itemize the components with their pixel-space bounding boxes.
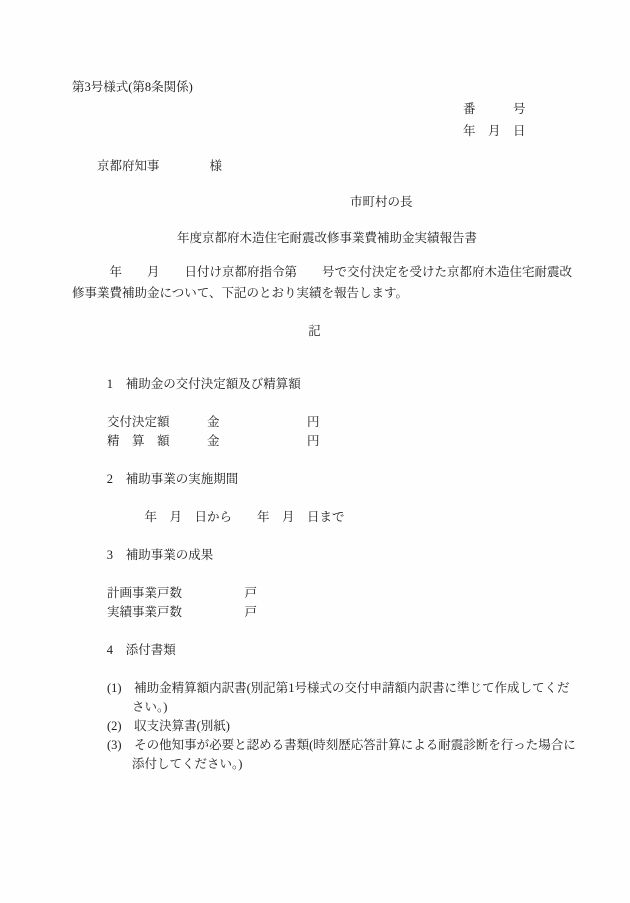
- settled-amount-line: 精 算 額 金 円: [72, 432, 590, 451]
- document-title: 年度京都府木造住宅耐震改修事業費補助金実績報告書: [72, 227, 557, 249]
- list-item-1-heading-text: 補助金の交付決定額及び精算額: [126, 377, 301, 391]
- document-page: 第3号様式(第8条関係) 番 号 年 月 日 京都府知事 様 市町村の長 年度京…: [0, 0, 630, 903]
- date-field: 年 月 日: [463, 120, 590, 142]
- list-item-4-number: 4: [107, 641, 126, 660]
- list-item-3-heading-text: 補助事業の成果: [126, 548, 214, 562]
- list-item-1-number: 1: [107, 375, 126, 394]
- section-marker: 記: [72, 320, 557, 342]
- list-item-4-heading-text: 添付書類: [126, 643, 176, 657]
- actual-households-line: 実績事業戸数 戸: [72, 603, 590, 622]
- numbered-list: 1補助金の交付決定額及び精算額 交付決定額 金 円 精 算 額 金 円 2補助事…: [72, 356, 590, 774]
- document-number-field: 番 号: [463, 98, 590, 120]
- list-item-2-heading: 2補助事業の実施期間: [72, 451, 590, 508]
- attachment-1-line-1: (1) 補助金精算額内訳書(別記第1号様式の交付申請額内訳書に準じて作成してくだ: [72, 679, 590, 698]
- body-line-1: 年 月 日付け京都府指令第 号で交付決定を受けた京都府木造住宅耐震改: [72, 262, 590, 283]
- form-number: 第3号様式(第8条関係): [72, 76, 590, 98]
- attachment-2-line: (2) 収支決算書(別紙): [72, 717, 590, 736]
- planned-households-line: 計画事業戸数 戸: [72, 584, 590, 603]
- addressee-line: 京都府知事 様: [72, 155, 590, 177]
- list-item-3-number: 3: [107, 546, 126, 565]
- sender-line: 市町村の長: [72, 191, 590, 213]
- list-item-2-number: 2: [107, 470, 126, 489]
- body-line-2: 修事業費補助金について、下記のとおり実績を報告します。: [72, 283, 590, 304]
- body-paragraph: 年 月 日付け京都府指令第 号で交付決定を受けた京都府木造住宅耐震改 修事業費補…: [72, 262, 590, 304]
- list-item-2-heading-text: 補助事業の実施期間: [126, 472, 239, 486]
- grant-decided-amount-line: 交付決定額 金 円: [72, 413, 590, 432]
- project-period-line: 年 月 日から 年 月 日まで: [72, 508, 590, 527]
- attachment-1-line-2: さい。): [72, 698, 590, 717]
- header-right-block: 番 号 年 月 日: [463, 98, 590, 142]
- attachment-3-line-1: (3) その他知事が必要と認める書類(時刻歴応答計算による耐震診断を行った場合に: [72, 736, 590, 755]
- list-item-1-heading: 1補助金の交付決定額及び精算額: [72, 356, 590, 413]
- attachment-3-line-2: 添付してください。): [72, 755, 590, 774]
- list-item-4-heading: 4添付書類: [72, 622, 590, 679]
- list-item-3-heading: 3補助事業の成果: [72, 527, 590, 584]
